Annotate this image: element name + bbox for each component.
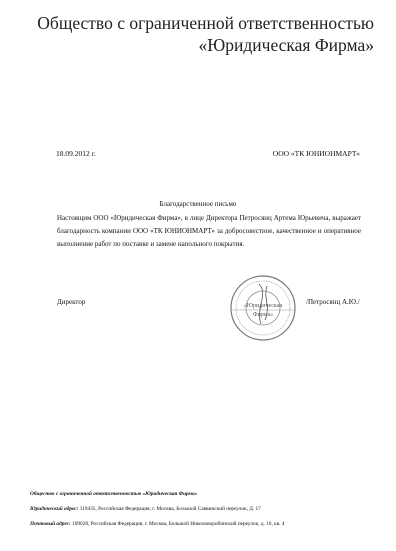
footer-legal-address-row: Юридический адрес: 119435, Российская Фе… — [30, 502, 284, 517]
recipient: ООО «ТК ЮНИОНМАРТ» — [273, 149, 360, 158]
legal-address: 119435, Российская Федерация, г. Москва,… — [80, 506, 261, 512]
letter-date: 18.09.2012 г. — [56, 149, 96, 158]
footer: Общество с ограниченной ответственностью… — [30, 487, 284, 532]
signer-position: Директор — [57, 298, 85, 306]
letter-body: Настоящим ООО «Юридическая Фирма», в лиц… — [57, 212, 361, 251]
postal-address-label: Почтовый адрес: — [30, 521, 71, 527]
letterhead-line-1: Общество с ограниченной ответственностью — [37, 12, 374, 34]
letterhead-line-2: «Юридическая Фирма» — [37, 34, 374, 56]
legal-address-label: Юридический адрес: — [30, 506, 78, 512]
letterhead: Общество с ограниченной ответственностью… — [37, 12, 374, 56]
letter-title: Благодарственное письмо — [0, 200, 396, 208]
signer-name: /Петросянц А.Ю./ — [306, 298, 360, 306]
letterhead-company-type: Общество с ограниченной ответственностью — [37, 13, 374, 33]
postal-address: 109028, Российская Федерация, г. Москва,… — [72, 521, 284, 527]
company-stamp-icon: «Юридическая Фирма» — [229, 274, 297, 342]
svg-text:Фирма»: Фирма» — [253, 312, 273, 318]
letterhead-company-name: «Юридическая Фирма» — [199, 35, 374, 55]
footer-company: Общество с ограниченной ответственностью… — [30, 487, 284, 502]
svg-text:«Юридическая: «Юридическая — [244, 303, 283, 309]
footer-postal-address-row: Почтовый адрес: 109028, Российская Федер… — [30, 517, 284, 532]
